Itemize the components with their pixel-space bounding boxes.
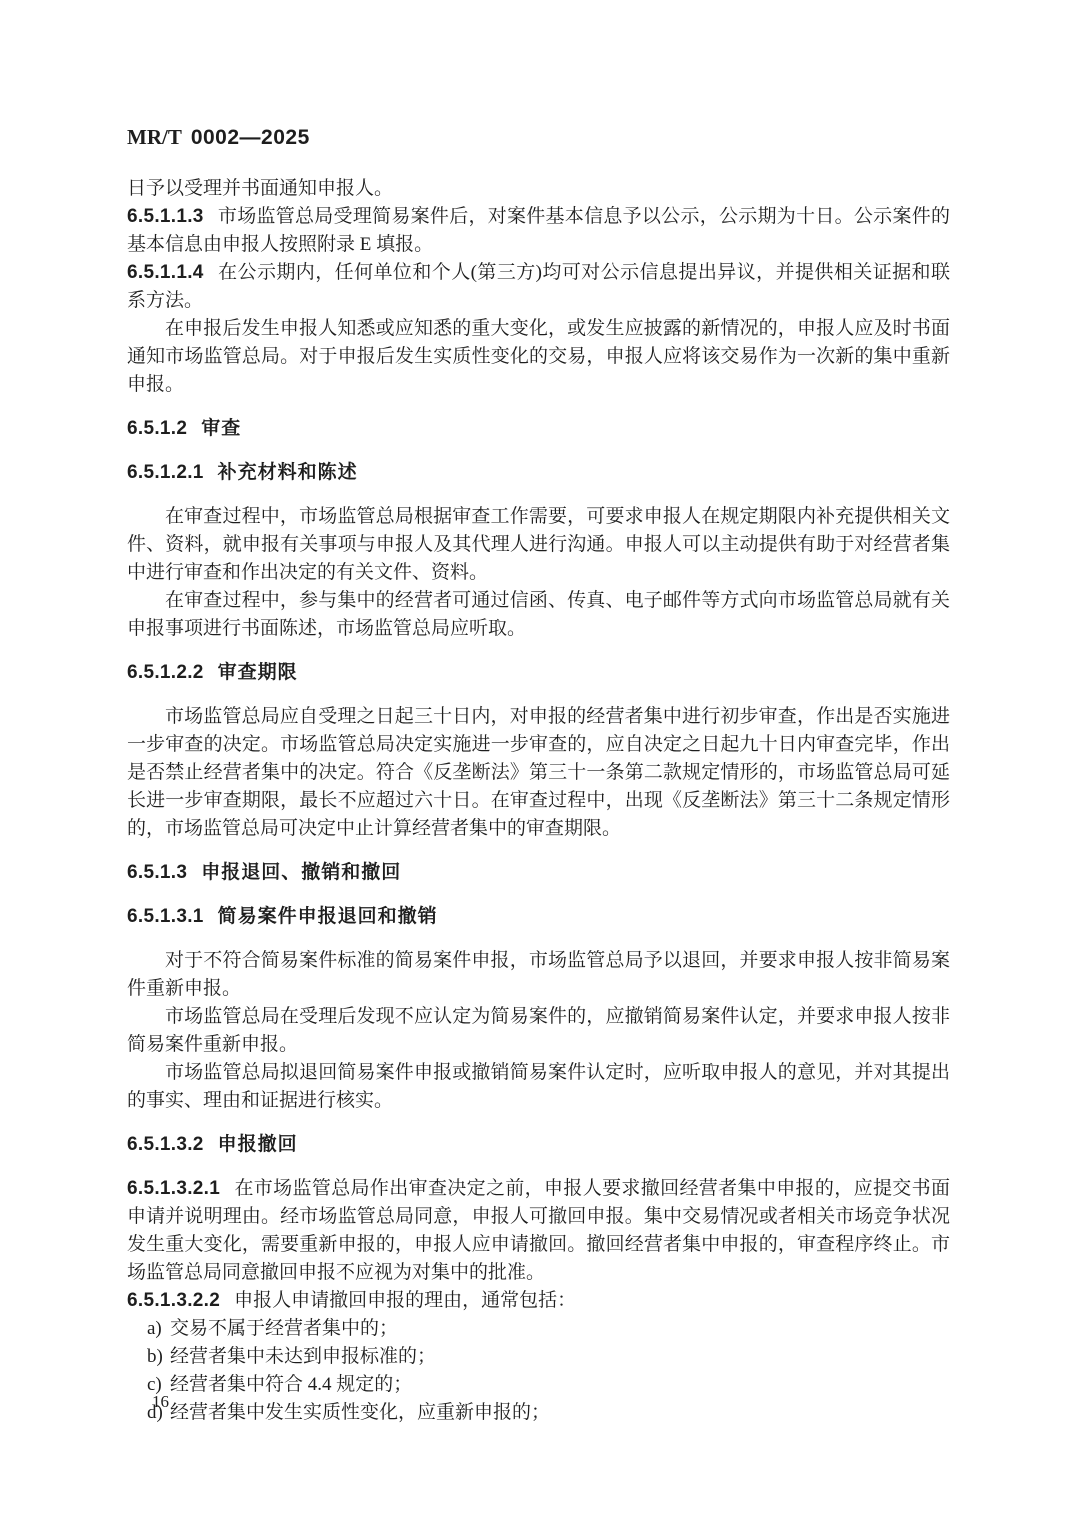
section-heading: 6.5.1.2.2审查期限 — [127, 659, 950, 687]
list-item: b)经营者集中未达到申报标准的； — [147, 1343, 950, 1371]
heading-title: 补充材料和陈述 — [218, 462, 358, 483]
document-page: MR/T0002—2025 日予以受理并书面通知申报人。 6.5.1.1.3市场… — [0, 0, 1074, 1520]
paragraph: 市场监管总局在受理后发现不应认定为简易案件的，应撤销简易案件认定，并要求申报人按… — [127, 1003, 950, 1059]
clause-text: 在公示期内，任何单位和个人(第三方)均可对公示信息提出异议，并提供相关证据和联系… — [127, 262, 950, 311]
paragraph: 对于不符合简易案件标准的简易案件申报，市场监管总局予以退回，并要求申报人按非简易… — [127, 947, 950, 1003]
page-number: 16 — [152, 1392, 169, 1412]
section-heading: 6.5.1.2.1补充材料和陈述 — [127, 459, 950, 487]
clause-number: 6.5.1.1.3 — [127, 206, 204, 227]
heading-title: 简易案件申报退回和撤销 — [218, 906, 438, 927]
paragraph: 在审查过程中，参与集中的经营者可通过信函、传真、电子邮件等方式向市场监管总局就有… — [127, 587, 950, 643]
heading-title: 审查期限 — [218, 662, 298, 683]
standard-code-prefix: MR/T — [127, 125, 182, 149]
document-header: MR/T0002—2025 — [127, 126, 950, 149]
clause-text: 申报人申请撤回申报的理由，通常包括： — [234, 1290, 576, 1311]
list-item-text: 交易不属于经营者集中的； — [170, 1318, 398, 1339]
clause-number: 6.5.1.1.4 — [127, 262, 204, 283]
clause-paragraph: 6.5.1.1.4在公示期内，任何单位和个人(第三方)均可对公示信息提出异议，并… — [127, 259, 950, 315]
section-heading: 6.5.1.2审查 — [127, 415, 950, 443]
list-item: d)经营者集中发生实质性变化，应重新申报的； — [147, 1399, 950, 1427]
list-item-label: a) — [147, 1315, 170, 1343]
heading-number: 6.5.1.2.2 — [127, 662, 204, 683]
heading-title: 审查 — [201, 418, 241, 439]
heading-number: 6.5.1.2 — [127, 418, 187, 439]
list-item: c)经营者集中符合 4.4 规定的； — [147, 1371, 950, 1399]
heading-number: 6.5.1.3 — [127, 862, 187, 883]
paragraph: 市场监管总局应自受理之日起三十日内，对申报的经营者集中进行初步审查，作出是否实施… — [127, 703, 950, 843]
paragraph: 在审查过程中，市场监管总局根据审查工作需要，可要求申报人在规定期限内补充提供相关… — [127, 503, 950, 587]
section-heading: 6.5.1.3申报退回、撤销和撤回 — [127, 859, 950, 887]
clause-paragraph: 6.5.1.3.2.2申报人申请撤回申报的理由，通常包括： — [127, 1287, 950, 1315]
clause-text: 在市场监管总局作出审查决定之前，申报人要求撤回经营者集中申报的，应提交书面申请并… — [127, 1178, 950, 1283]
paragraph: 在申报后发生申报人知悉或应知悉的重大变化，或发生应披露的新情况的，申报人应及时书… — [127, 315, 950, 399]
section-heading: 6.5.1.3.1简易案件申报退回和撤销 — [127, 903, 950, 931]
heading-number: 6.5.1.3.2 — [127, 1134, 204, 1155]
heading-number: 6.5.1.2.1 — [127, 462, 204, 483]
standard-code-number: 0002—2025 — [191, 126, 310, 149]
heading-number: 6.5.1.3.1 — [127, 906, 204, 927]
heading-title: 申报退回、撤销和撤回 — [201, 862, 401, 883]
paragraph: 市场监管总局拟退回简易案件申报或撤销简易案件认定时，应听取申报人的意见，并对其提… — [127, 1059, 950, 1115]
section-heading: 6.5.1.3.2申报撤回 — [127, 1131, 950, 1159]
list-item-text: 经营者集中符合 4.4 规定的； — [170, 1374, 412, 1395]
heading-title: 申报撤回 — [218, 1134, 298, 1155]
list-item: a)交易不属于经营者集中的； — [147, 1315, 950, 1343]
clause-paragraph: 6.5.1.1.3市场监管总局受理简易案件后，对案件基本信息予以公示，公示期为十… — [127, 203, 950, 259]
clause-number: 6.5.1.3.2.1 — [127, 1178, 220, 1199]
list-item-text: 经营者集中发生实质性变化，应重新申报的； — [170, 1402, 550, 1423]
clause-number: 6.5.1.3.2.2 — [127, 1290, 220, 1311]
list-item-text: 经营者集中未达到申报标准的； — [170, 1346, 436, 1367]
clause-text: 市场监管总局受理简易案件后，对案件基本信息予以公示，公示期为十日。公示案件的基本… — [127, 206, 950, 255]
paragraph: 日予以受理并书面通知申报人。 — [127, 175, 950, 203]
clause-paragraph: 6.5.1.3.2.1在市场监管总局作出审查决定之前，申报人要求撤回经营者集中申… — [127, 1175, 950, 1287]
list-item-label: b) — [147, 1343, 170, 1371]
